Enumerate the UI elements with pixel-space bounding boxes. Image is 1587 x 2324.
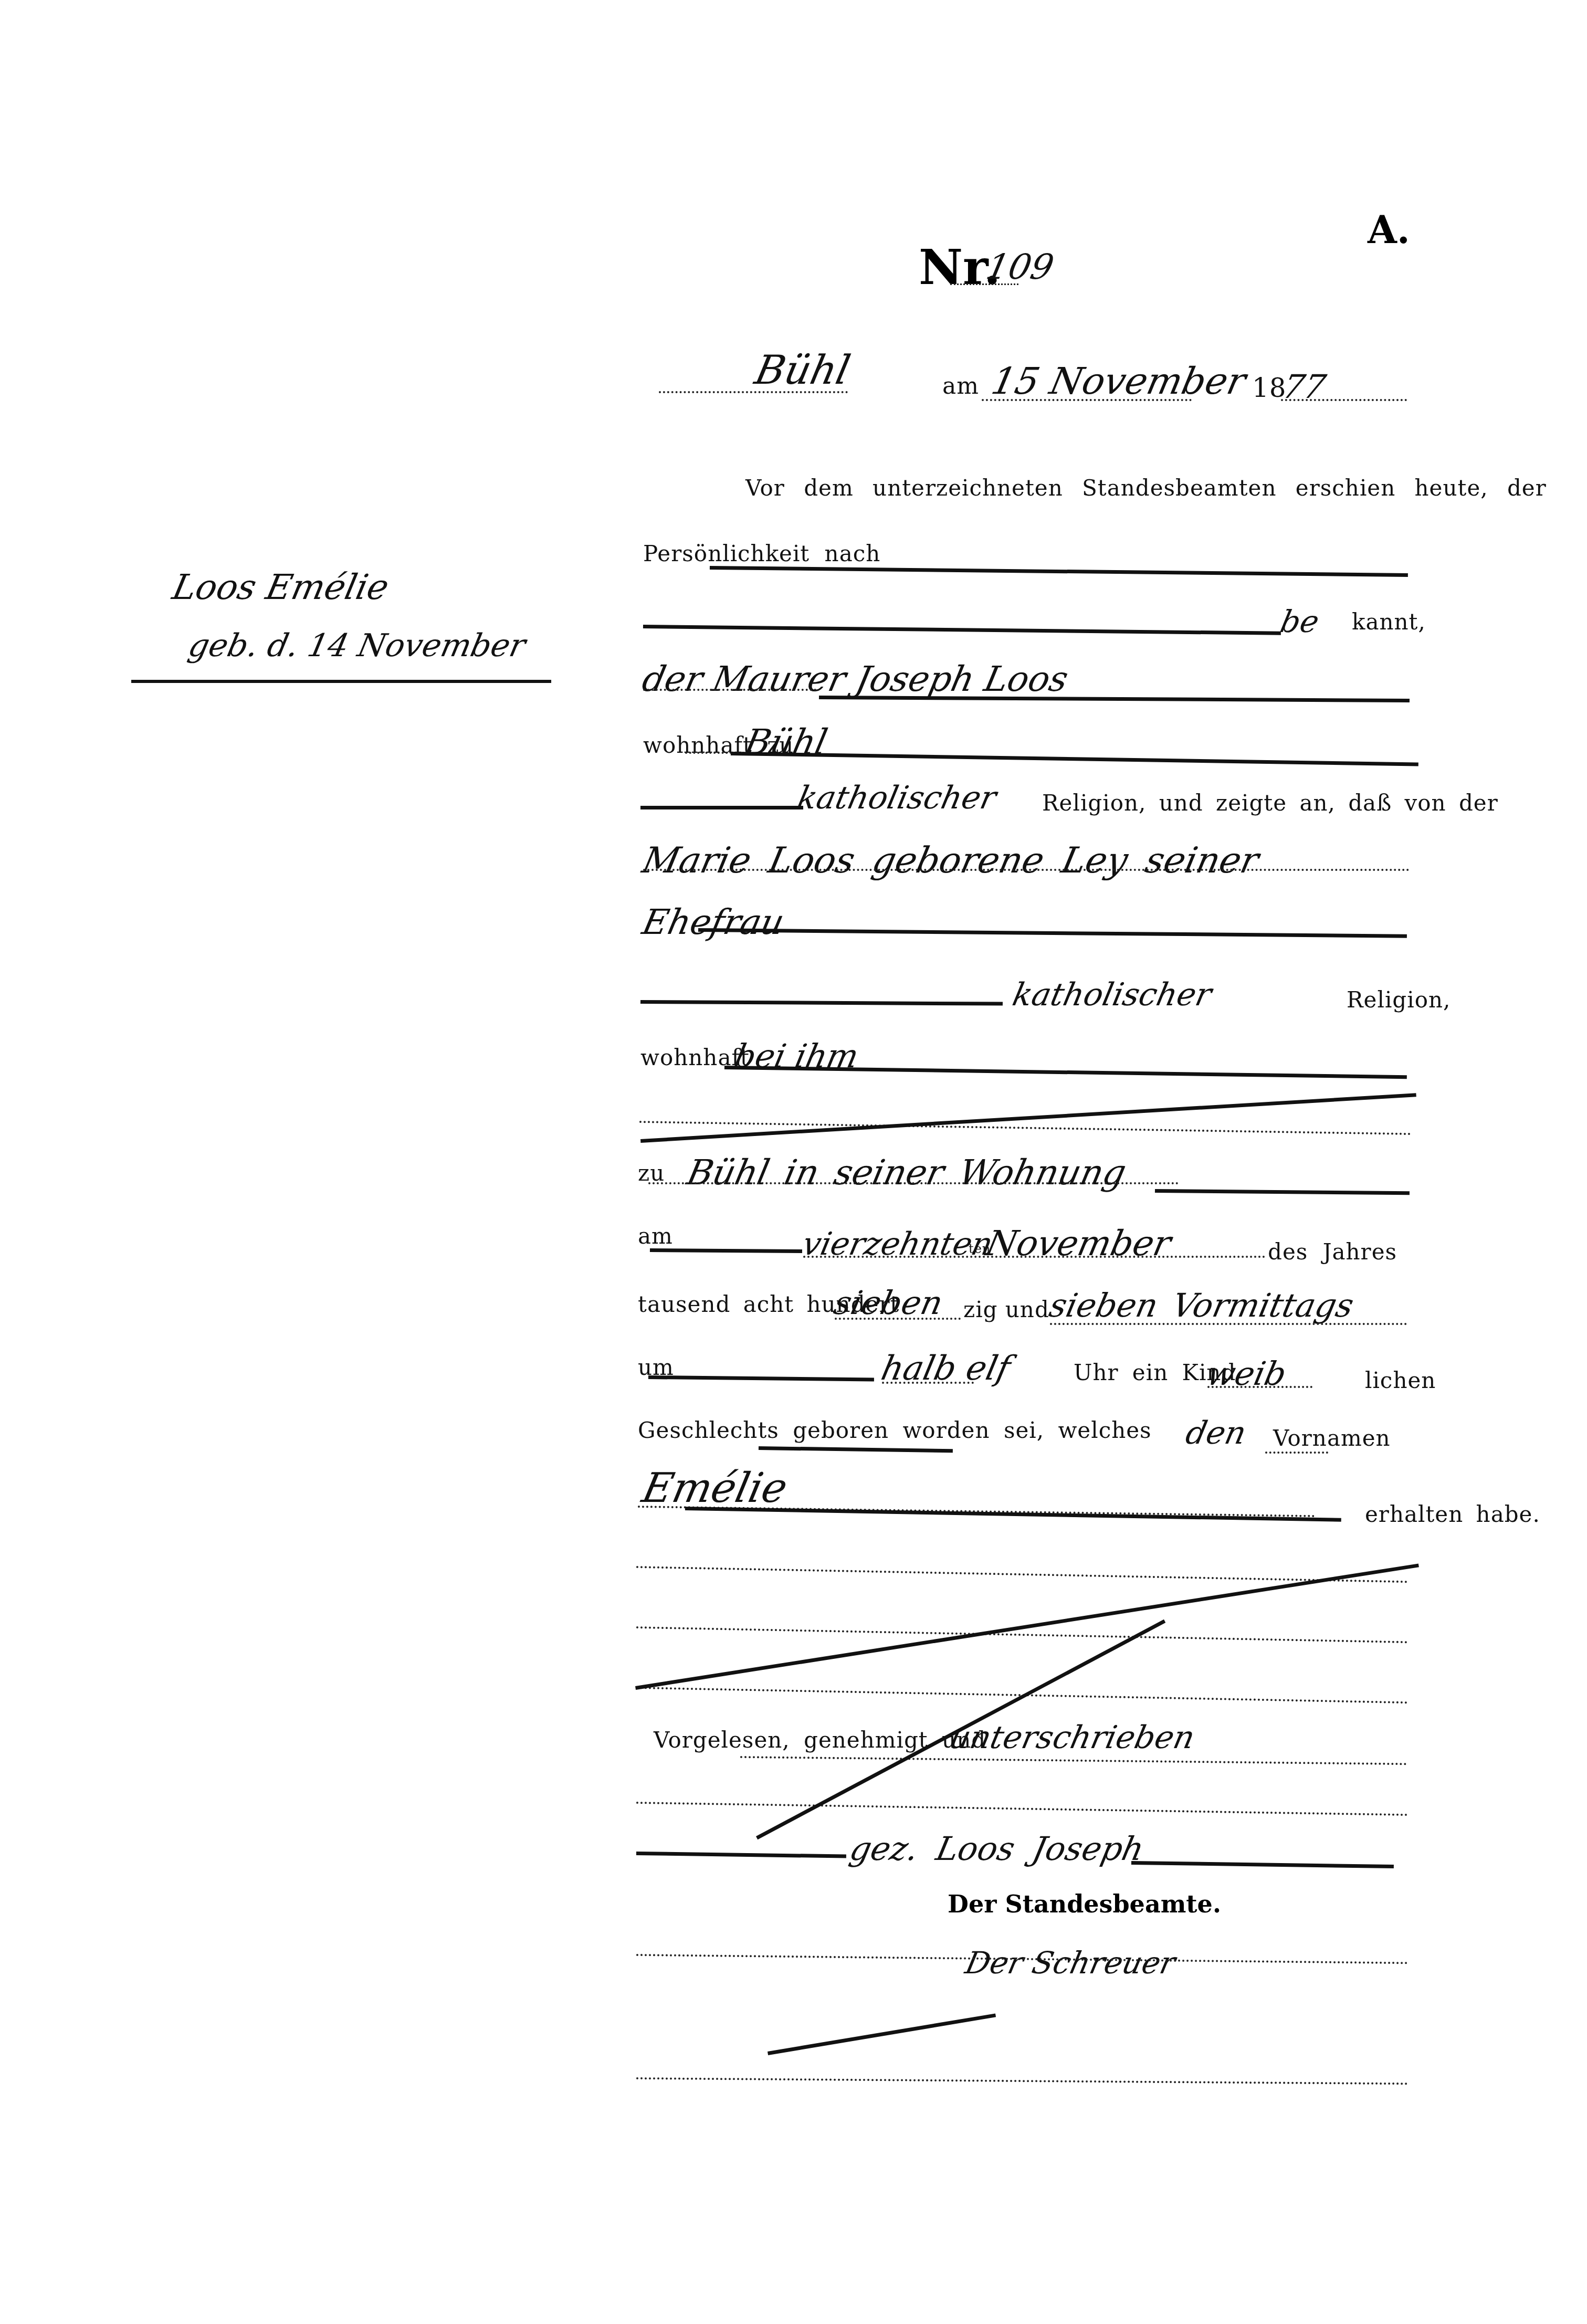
bottom-dotted-line [636,2077,1408,2085]
child-name: Emélie [638,1465,791,1512]
margin-note-name: Loos Emélie [169,567,393,607]
mother-relation-line [698,928,1407,938]
year-units-dotted-line [1050,1323,1407,1325]
informant-dotted-line [643,689,816,691]
blank-dotted-line [636,1802,1408,1816]
residence-line [731,752,1418,766]
birth-register-page: Loos Emélie geb. d. 14 November A. Nr. 1… [0,0,1587,2324]
den-dotted-line [1265,1452,1328,1454]
persoenlichkeit-label: Persönlichkeit nach [643,541,880,566]
bekannt-line [643,625,1281,635]
geschlechts-line: Geschlechts geboren worden sei, welches [638,1417,1152,1443]
strike-through-line [640,1093,1416,1143]
vorgelesen-dotted-line [740,1756,1407,1765]
vornamen-label: Vornamen [1273,1425,1391,1451]
mother-relation: Ehefrau [639,902,788,942]
vorgelesen-handwritten: unterschrieben [947,1719,1198,1756]
form-letter: A. [1368,207,1410,252]
blank-dotted-line [636,1566,1408,1583]
informant-name: der Maurer Joseph Loos [639,659,1072,699]
mother-religion: katholischer [1010,976,1215,1013]
margin-note-birth: geb. d. 14 November [185,627,529,664]
year-tens-dotted-line [835,1318,961,1320]
informant-line [819,696,1410,702]
intro-line: Vor dem unterzeichneten Standesbeamten e… [745,475,1547,501]
date-value: 15 November [987,360,1249,403]
birth-place: Bühl in seiner Wohnung [684,1152,1130,1193]
birth-time-dotted-line [882,1382,974,1384]
religion-statement: Religion, und zeigte an, daß von der [1042,790,1498,816]
signature-line-left [636,1852,846,1858]
birth-date-dotted-line [803,1256,1265,1258]
informant-signature: gez. Loos Joseph [846,1829,1148,1868]
birth-day-line [650,1248,802,1253]
informant-religion: katholischer [794,780,1000,816]
mother-name: Marie Loos geborene Ley seiner [639,840,1263,881]
year-units-time: sieben Vormittags [1046,1286,1357,1324]
bekannt-print: kannt, [1352,609,1426,635]
registrar-signature: Der Schreuer [962,1945,1179,1981]
zig-und-label: zig und [963,1297,1049,1322]
mother-dotted-line [643,869,1410,871]
am-label: am [638,1223,673,1249]
child-sex-dotted-line [1207,1386,1312,1388]
date-am-label: am [942,373,979,399]
name-intro-line [759,1446,953,1453]
religion2-line [640,1000,1003,1006]
religion-label: Religion, [1347,987,1451,1013]
strike-through-line [635,1563,1419,1690]
birth-time-line [648,1375,874,1382]
margin-note-underline [131,680,551,683]
den-handwritten: den [1183,1415,1249,1452]
bekannt-handwritten: be [1277,604,1322,639]
persoenlichkeit-line [710,566,1408,577]
signature-flourish [768,2013,996,2055]
place-value: Bühl [751,346,855,393]
year-tens: sieben [831,1284,946,1322]
birth-place-line [1155,1189,1410,1195]
registrar-title: Der Standesbeamte. [948,1890,1221,1918]
number-dotted-line [950,283,1018,285]
number-value: 109 [983,247,1057,287]
birth-place-dotted-line [648,1182,1179,1184]
year-dotted-line [1281,399,1407,401]
religion1-line [640,806,803,809]
erhalten-habe-label: erhalten habe. [1365,1501,1540,1527]
signature-line-right [1131,1861,1394,1868]
des-jahres-label: des Jahres [1268,1239,1397,1265]
lichen-label: lichen [1365,1368,1436,1393]
